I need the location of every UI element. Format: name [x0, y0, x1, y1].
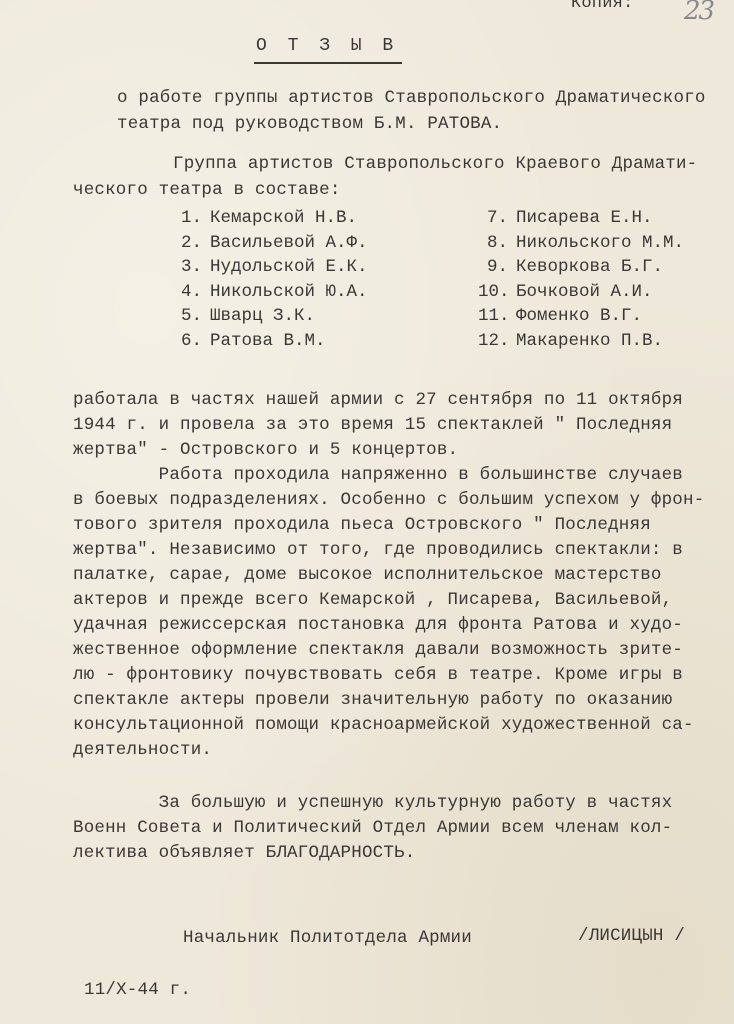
member-item: 5.Шварц З.К.: [172, 304, 368, 329]
copy-label: Копия:: [571, 0, 633, 14]
member-item: 4.Никольской Ю.А.: [172, 280, 368, 305]
closing-line: лектива объявляет БЛАГОДАРНОСТЬ.: [73, 843, 415, 863]
body-line: удачная режиссерская постановка для фрон…: [73, 615, 683, 635]
body-line: жественное оформление спектакля давали в…: [73, 640, 683, 660]
document-date: 11/Х-44 г.: [84, 980, 191, 1000]
body-line: жертва". Независимо от того, где проводи…: [73, 540, 683, 560]
handwritten-page-number: 23: [684, 0, 713, 26]
members-list-left: 1.Кемарской Н.В. 2.Васильевой А.Ф. 3.Нуд…: [172, 206, 368, 354]
body-line: тового зрителя проходила пьеса Островско…: [73, 515, 651, 535]
member-item: 3.Нудольской Е.К.: [172, 255, 368, 280]
signature-name: /ЛИСИЦЫН /: [578, 926, 685, 946]
member-item: 7.Писарева Е.Н.: [478, 206, 684, 231]
body-line: палатке, сарае, доме высокое исполнитель…: [73, 565, 662, 585]
body-line: 1944 г. и провела за это время 15 спекта…: [73, 415, 672, 435]
body-line: деятельности.: [73, 740, 212, 760]
body-line: работала в частях нашей армии с 27 сентя…: [73, 390, 683, 410]
body-line: лю - фронтовику почувствовать себя в теа…: [73, 665, 683, 685]
member-item: 8.Никольского М.М.: [478, 231, 684, 256]
document-title: О Т З Ы В: [254, 36, 402, 64]
body-line: Работа проходила напряженно в большинств…: [73, 465, 683, 485]
body-line: спектакле актеры провели значительную ра…: [73, 690, 672, 710]
signature-position: Начальник Политотдела Армии: [183, 928, 472, 948]
members-list-right: 7.Писарева Е.Н. 8.Никольского М.М. 9.Кев…: [478, 206, 684, 354]
subtitle-line-1: о работе группы артистов Ставропольского…: [117, 88, 706, 108]
member-item: 11.Фоменко В.Г.: [478, 304, 684, 329]
member-item: 9.Кеворкова Б.Г.: [478, 255, 684, 280]
body-line: актеров и прежде всего Кемарской , Писар…: [73, 590, 672, 610]
body-line: жертва" - Островского и 5 концертов.: [73, 440, 458, 460]
member-item: 12.Макаренко П.В.: [478, 329, 684, 354]
member-item: 10.Бочковой А.И.: [478, 280, 684, 305]
body-line: в боевых подразделениях. Особенно с боль…: [73, 490, 704, 510]
closing-line: Военн Совета и Политический Отдел Армии …: [73, 818, 672, 838]
member-item: 2.Васильевой А.Ф.: [172, 231, 368, 256]
document-page: Копия: 23 О Т З Ы В о работе группы арти…: [0, 0, 734, 1024]
member-item: 1.Кемарской Н.В.: [172, 206, 368, 231]
closing-line: За большую и успешную культурную работу …: [73, 793, 672, 813]
subtitle-line-2: театра под руководством Б.М. РАТОВА.: [117, 114, 502, 134]
intro-line-1: Группа артистов Ставропольского Краевого…: [173, 154, 697, 174]
body-line: консультационной помощи красноармейской …: [73, 715, 694, 735]
intro-line-2: ческого театра в составе:: [73, 180, 341, 200]
member-item: 6.Ратова В.М.: [172, 329, 368, 354]
